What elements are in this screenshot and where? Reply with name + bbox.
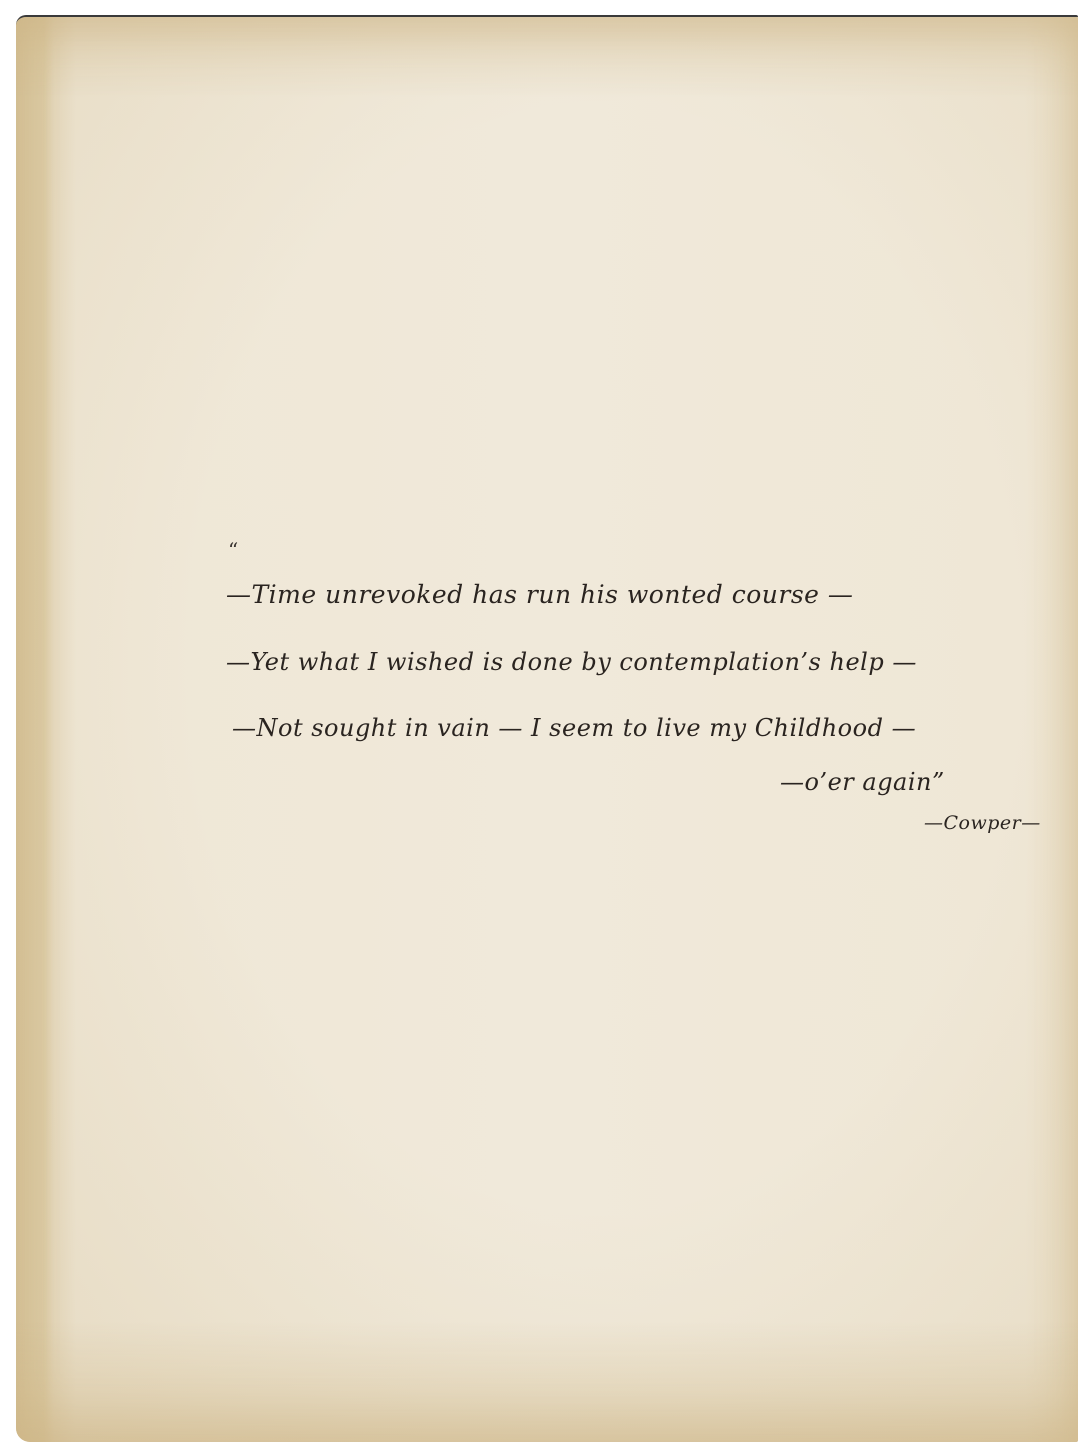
opening-quote-mark: “: [228, 538, 238, 562]
quote-line-3: —Not sought in vain — I seem to live my …: [232, 714, 916, 742]
quote-line-1: —Time unrevoked has run his wonted cours…: [226, 580, 853, 609]
quote-line-2: —Yet what I wished is done by contemplat…: [226, 648, 917, 676]
quote-line-4: —o’er again”: [780, 768, 945, 796]
attribution-signature: —Cowper—: [924, 812, 1041, 834]
